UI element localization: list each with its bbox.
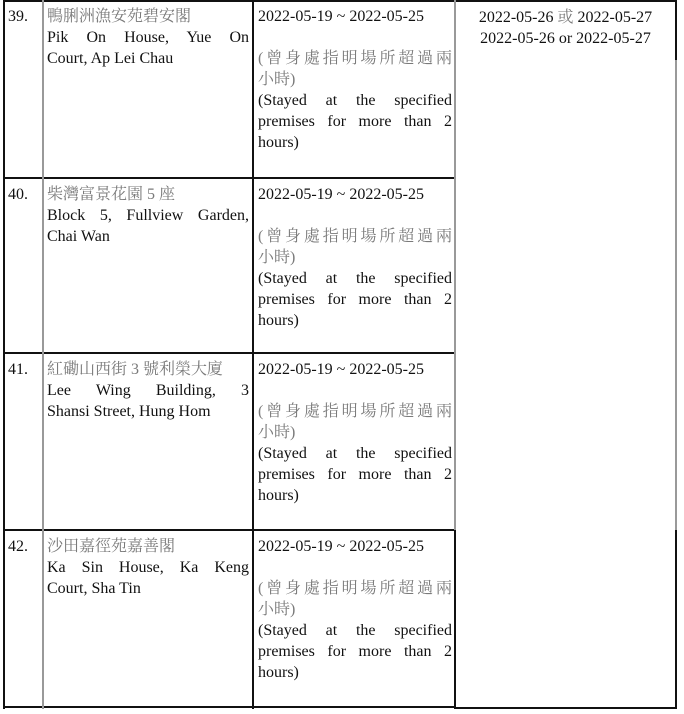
period-dates: 2022-05-19 ~ 2022-05-25 [258,359,452,380]
table-border [454,0,456,530]
table-border [252,0,254,709]
note-english-line3: hours) [258,310,452,331]
test-date-english: 2022-05-26 or 2022-05-27 [455,28,676,49]
period-cell: 2022-05-19 ~ 2022-05-25 (曾身處指明場所超過兩 小時) … [253,353,455,530]
table-border [675,0,677,60]
note-chinese-line1: (曾身處指明場所超過兩 [258,48,452,69]
location-english-line2: Shansi Street, Hung Hom [47,401,249,422]
location-english-line2: Court, Sha Tin [47,578,249,599]
table-border [3,0,676,2]
table-border [3,352,456,354]
row-number: 40. [3,178,42,353]
table-border [675,0,677,530]
note-chinese-line2: 小時) [258,69,452,90]
note-english-line3: hours) [258,132,452,153]
row-number: 39. [3,0,42,178]
location-chinese: 紅磡山西街 3 號利榮大廈 [47,359,249,380]
period-dates: 2022-05-19 ~ 2022-05-25 [258,6,452,27]
period-dates: 2022-05-19 ~ 2022-05-25 [258,184,452,205]
note-chinese-line2: 小時) [258,247,452,268]
note-english-line1: (Stayed at the specified [258,268,452,289]
period-cell: 2022-05-19 ~ 2022-05-25 (曾身處指明場所超過兩 小時) … [253,0,455,178]
table-border [455,707,676,709]
note-english-line2: premises for more than 2 [258,289,452,310]
period-cell: 2022-05-19 ~ 2022-05-25 (曾身處指明場所超過兩 小時) … [253,178,455,353]
table-border [675,530,677,709]
row-number: 42. [3,530,42,707]
location-cell: 柴灣富景花園 5 座 Block 5, Fullview Garden, Cha… [42,178,253,353]
location-chinese: 沙田嘉徑苑嘉善閣 [47,536,249,557]
location-cell: 沙田嘉徑苑嘉善閣 Ka Sin House, Ka Keng Court, Sh… [42,530,253,707]
location-chinese: 鴨脷洲漁安苑碧安閣 [47,6,249,27]
location-english-line2: Court, Ap Lei Chau [47,48,249,69]
table-border [3,529,456,531]
note-chinese-line1: (曾身處指明場所超過兩 [258,578,452,599]
note-chinese-line1: (曾身處指明場所超過兩 [258,401,452,422]
note-english-line3: hours) [258,662,452,683]
table-border [454,530,456,709]
location-english-line1: Pik On House, Yue On [47,27,249,48]
location-english-line1: Ka Sin House, Ka Keng [47,557,249,578]
note-chinese-line2: 小時) [258,599,452,620]
location-chinese: 柴灣富景花園 5 座 [47,184,249,205]
note-chinese-line1: (曾身處指明場所超過兩 [258,226,452,247]
note-english-line1: (Stayed at the specified [258,443,452,464]
table-border [3,0,5,709]
test-date-chinese: 2022-05-26 或 2022-05-27 [455,7,676,28]
location-cell: 鴨脷洲漁安苑碧安閣 Pik On House, Yue On Court, Ap… [42,0,253,178]
note-english-line2: premises for more than 2 [258,111,452,132]
note-english-line1: (Stayed at the specified [258,620,452,641]
note-english-line3: hours) [258,485,452,506]
test-date-cell: 2022-05-26 或 2022-05-27 2022-05-26 or 20… [455,0,676,49]
location-english-line1: Lee Wing Building, 3 [47,380,249,401]
table-border [3,706,456,708]
table-border [3,177,456,179]
note-chinese-line2: 小時) [258,422,452,443]
period-dates: 2022-05-19 ~ 2022-05-25 [258,536,452,557]
note-english-line2: premises for more than 2 [258,641,452,662]
location-english-line1: Block 5, Fullview Garden, [47,205,249,226]
location-cell: 紅磡山西街 3 號利榮大廈 Lee Wing Building, 3 Shans… [42,353,253,530]
note-english-line2: premises for more than 2 [258,464,452,485]
table-border [42,0,44,709]
location-english-line2: Chai Wan [47,226,249,247]
note-english-line1: (Stayed at the specified [258,90,452,111]
row-number: 41. [3,353,42,530]
period-cell: 2022-05-19 ~ 2022-05-25 (曾身處指明場所超過兩 小時) … [253,530,455,707]
